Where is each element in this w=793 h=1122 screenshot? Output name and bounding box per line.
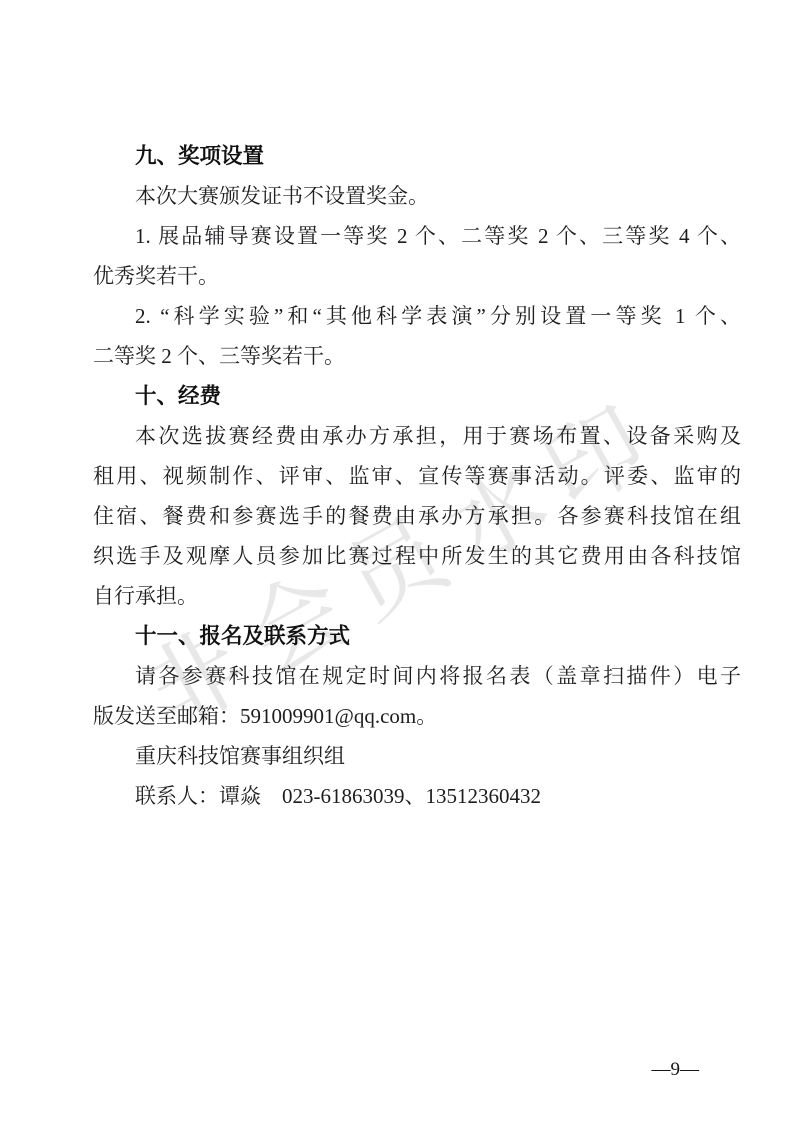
text-line: 版发送至邮箱：591009901@qq.com。 <box>93 696 741 736</box>
text-line: 二等奖 2 个、三等奖若干。 <box>93 336 741 376</box>
text-line: 本次选拔赛经费由承办方承担，用于赛场布置、设备采购及 <box>93 416 741 456</box>
text-line: 2. “科学实验”和“其他科学表演”分别设置一等奖 1 个、 <box>93 296 741 336</box>
section-heading: 九、奖项设置 <box>93 136 741 176</box>
text-line: 住宿、餐费和参赛选手的餐费由承办方承担。各参赛科技馆在组 <box>93 496 741 536</box>
text-line: 优秀奖若干。 <box>93 256 741 296</box>
section-heading: 十一、报名及联系方式 <box>93 616 741 656</box>
document-content: 九、奖项设置本次大赛颁发证书不设置奖金。1. 展品辅导赛设置一等奖 2 个、二等… <box>93 136 741 816</box>
page-number: —9— <box>652 1058 700 1082</box>
text-line: 租用、视频制作、评审、监审、宣传等赛事活动。评委、监审的 <box>93 456 741 496</box>
text-line: 本次大赛颁发证书不设置奖金。 <box>93 176 741 216</box>
text-line: 1. 展品辅导赛设置一等奖 2 个、二等奖 2 个、三等奖 4 个、 <box>93 216 741 256</box>
document-page: 非会员水印 九、奖项设置本次大赛颁发证书不设置奖金。1. 展品辅导赛设置一等奖 … <box>0 0 793 1122</box>
text-line: 自行承担。 <box>93 576 741 616</box>
text-line: 联系人：谭焱 023-61863039、13512360432 <box>93 776 741 816</box>
section-heading: 十、经费 <box>93 376 741 416</box>
text-line: 织选手及观摩人员参加比赛过程中所发生的其它费用由各科技馆 <box>93 536 741 576</box>
text-line: 请各参赛科技馆在规定时间内将报名表（盖章扫描件）电子 <box>93 656 741 696</box>
text-line: 重庆科技馆赛事组织组 <box>93 736 741 776</box>
